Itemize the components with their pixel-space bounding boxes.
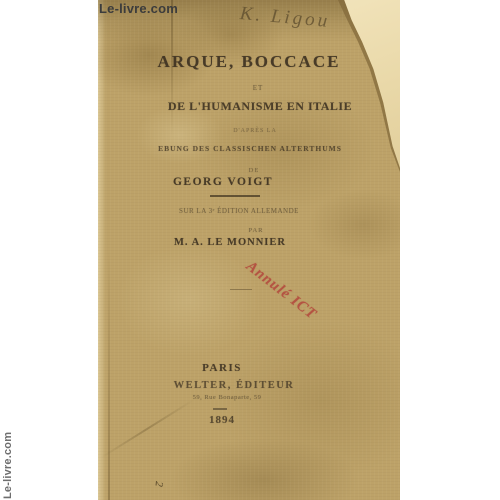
edition-note: SUR LA 3ᵉ ÉDITION ALLEMANDE xyxy=(179,207,299,215)
pencil-dash xyxy=(230,289,252,290)
book-title-fragment: ARQUE, BOCCACE xyxy=(158,52,341,72)
handwritten-note: K. Ligou xyxy=(239,3,331,33)
translator-intro-line: PAR xyxy=(248,227,263,234)
imprint-address: 59, Rue Bonaparte, 59 xyxy=(193,394,262,401)
series-intro-line: D'APRÈS LA xyxy=(233,128,277,134)
author-name: GEORG VOIGT xyxy=(173,176,273,188)
german-title-fragment: EBUNG DES CLASSISCHEN ALTERTHUMS xyxy=(158,144,342,153)
book-subtitle-fragment: DE L'HUMANISME EN ITALIE xyxy=(168,99,352,114)
title-conjunction: ET xyxy=(253,84,264,92)
watermark-top: Le-livre.com xyxy=(99,1,178,16)
divider-rule xyxy=(210,195,260,197)
crease-line xyxy=(100,399,194,459)
imprint-publisher: WELTER, ÉDITEUR xyxy=(174,380,295,391)
pencil-mark: 2 xyxy=(153,481,165,488)
imprint-year: 1894 xyxy=(209,414,235,426)
author-intro-line: DE xyxy=(249,167,260,174)
crease-line xyxy=(108,250,110,500)
translator-name: M. A. LE MONNIER xyxy=(174,237,286,248)
cancellation-stamp: Annulé ICT xyxy=(242,258,319,323)
product-photo-canvas: Le-livre.com Le-livre.com K. Ligou ARQUE… xyxy=(0,0,500,500)
book-title-page-photo: K. Ligou ARQUE, BOCCACE ET DE L'HUMANISM… xyxy=(98,0,400,500)
watermark-side: Le-livre.com xyxy=(2,432,14,499)
imprint-city: PARIS xyxy=(202,362,242,374)
imprint-dash xyxy=(213,408,227,410)
